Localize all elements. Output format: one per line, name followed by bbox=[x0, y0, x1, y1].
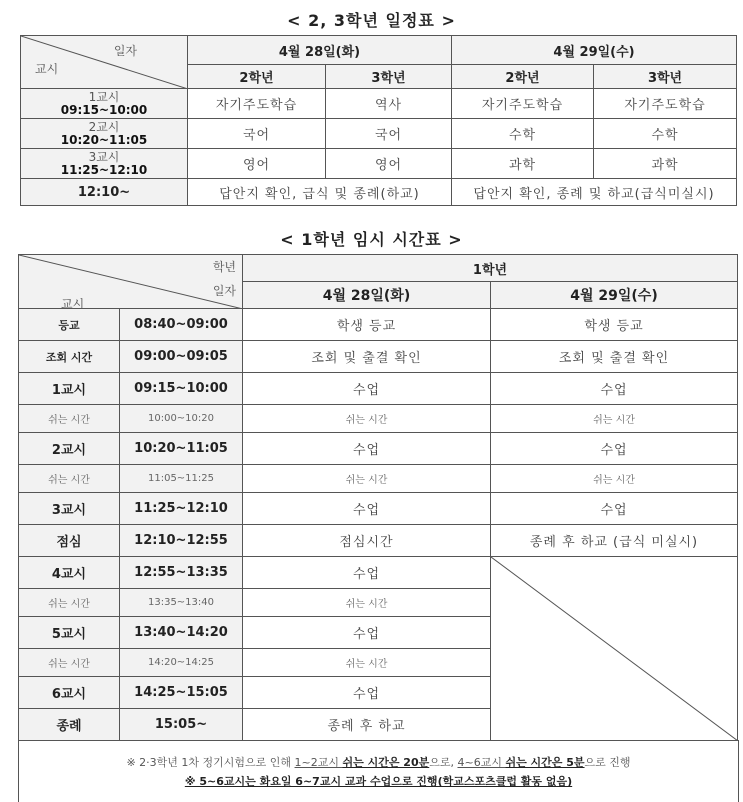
time-cell: 09:15~10:00 bbox=[120, 373, 243, 405]
table-row: 쉬는 시간10:00~10:20쉬는 시간쉬는 시간 bbox=[19, 405, 738, 433]
grade-header: 2학년 bbox=[452, 65, 594, 89]
period-label: 종례 bbox=[19, 709, 120, 741]
subject-cell: 자기주도학습 bbox=[188, 89, 326, 119]
time-cell: 14:25~15:05 bbox=[120, 677, 243, 709]
period-cell: 3교시11:25~12:10 bbox=[21, 149, 188, 179]
corner-header: 학년 일자 교시 bbox=[19, 255, 243, 309]
schedule-cell: 답안지 확인, 종례 및 하교(급식미실시) bbox=[452, 179, 737, 206]
table-row: 1교시09:15~10:00 자기주도학습 역사 자기주도학습 자기주도학습 bbox=[21, 89, 737, 119]
day1-cell: 수업 bbox=[243, 677, 491, 709]
day1-cell: 조회 및 출결 확인 bbox=[243, 341, 491, 373]
period-label: 3교시 bbox=[19, 493, 120, 525]
date-header: 4월 28일(화) bbox=[243, 282, 491, 309]
footnote-line1: ※ 2·3학년 1차 정기시험으로 인해 1~2교시 쉬는 시간은 20분으로,… bbox=[19, 754, 738, 770]
day1-cell: 수업 bbox=[243, 557, 491, 589]
schedule-cell: 답안지 확인, 급식 및 종례(하교) bbox=[188, 179, 452, 206]
time-cell: 10:00~10:20 bbox=[120, 405, 243, 433]
table-row: 3교시11:25~12:10 영어 영어 과학 과학 bbox=[21, 149, 737, 179]
date-header: 4월 28일(화) bbox=[188, 36, 452, 65]
subject-cell: 과학 bbox=[594, 149, 737, 179]
period-label: 5교시 bbox=[19, 617, 120, 649]
time-cell: 11:25~12:10 bbox=[120, 493, 243, 525]
subject-cell: 역사 bbox=[326, 89, 452, 119]
period-label: 4교시 bbox=[19, 557, 120, 589]
subject-cell: 영어 bbox=[326, 149, 452, 179]
table-row: 2교시10:20~11:05 국어 국어 수학 수학 bbox=[21, 119, 737, 149]
time-cell: 09:00~09:05 bbox=[120, 341, 243, 373]
subject-cell: 영어 bbox=[188, 149, 326, 179]
corner-label-date: 일자 bbox=[213, 282, 236, 299]
subject-cell: 수학 bbox=[452, 119, 594, 149]
time-cell: 12:10~12:55 bbox=[120, 525, 243, 557]
day2-cell: 수업 bbox=[491, 493, 738, 525]
subject-cell: 과학 bbox=[452, 149, 594, 179]
date-header: 4월 29일(수) bbox=[452, 36, 737, 65]
diagonal-line bbox=[491, 557, 738, 741]
subject-cell: 자기주도학습 bbox=[594, 89, 737, 119]
table1-title: < 2, 3학년 일정표 > bbox=[0, 8, 743, 31]
corner-label-period: 교시 bbox=[35, 60, 58, 77]
table-row: 1교시09:15~10:00수업수업 bbox=[19, 373, 738, 405]
table-row: 12:10~ 답안지 확인, 급식 및 종례(하교) 답안지 확인, 종례 및 … bbox=[21, 179, 737, 206]
day2-cell: 쉬는 시간 bbox=[491, 465, 738, 493]
day1-cell: 종례 후 하교 bbox=[243, 709, 491, 741]
day1-cell: 수업 bbox=[243, 493, 491, 525]
day1-cell: 수업 bbox=[243, 433, 491, 465]
empty-slash-cell bbox=[491, 557, 738, 741]
time-cell: 10:20~11:05 bbox=[120, 433, 243, 465]
period-label: 쉬는 시간 bbox=[19, 405, 120, 433]
subject-cell: 국어 bbox=[326, 119, 452, 149]
period-cell: 1교시09:15~10:00 bbox=[21, 89, 188, 119]
day2-cell: 학생 등교 bbox=[491, 309, 738, 341]
period-label: 쉬는 시간 bbox=[19, 465, 120, 493]
subject-cell: 국어 bbox=[188, 119, 326, 149]
corner-header: 일자 교시 bbox=[21, 36, 188, 89]
grade-header: 1학년 bbox=[243, 255, 738, 282]
corner-label-grade: 학년 bbox=[213, 258, 236, 275]
table-row: 점심12:10~12:55점심시간종례 후 하교 (급식 미실시) bbox=[19, 525, 738, 557]
day1-cell: 수업 bbox=[243, 373, 491, 405]
day2-cell: 종례 후 하교 (급식 미실시) bbox=[491, 525, 738, 557]
period-label: 6교시 bbox=[19, 677, 120, 709]
period-label: 조회 시간 bbox=[19, 341, 120, 373]
subject-cell: 자기주도학습 bbox=[452, 89, 594, 119]
grade-header: 2학년 bbox=[188, 65, 326, 89]
day2-cell: 수업 bbox=[491, 373, 738, 405]
time-cell: 14:20~14:25 bbox=[120, 649, 243, 677]
day2-cell: 수업 bbox=[491, 433, 738, 465]
date-header: 4월 29일(수) bbox=[491, 282, 738, 309]
period-label: 쉬는 시간 bbox=[19, 589, 120, 617]
time-cell: 12:55~13:35 bbox=[120, 557, 243, 589]
period-label: 쉬는 시간 bbox=[19, 649, 120, 677]
table-row: 쉬는 시간11:05~11:25쉬는 시간쉬는 시간 bbox=[19, 465, 738, 493]
time-cell: 08:40~09:00 bbox=[120, 309, 243, 341]
period-cell: 2교시10:20~11:05 bbox=[21, 119, 188, 149]
corner-label-date: 일자 bbox=[114, 42, 137, 59]
footnote: ※ 2·3학년 1차 정기시험으로 인해 1~2교시 쉬는 시간은 20분으로,… bbox=[18, 740, 739, 802]
table-row: 등교08:40~09:00학생 등교학생 등교 bbox=[19, 309, 738, 341]
time-cell: 12:10~ bbox=[21, 179, 188, 206]
day1-cell: 쉬는 시간 bbox=[243, 465, 491, 493]
grade2-3-schedule-table: 일자 교시 4월 28일(화) 4월 29일(수) 2학년 3학년 2학년 3학… bbox=[20, 35, 737, 206]
time-cell: 13:40~14:20 bbox=[120, 617, 243, 649]
table-row: 2교시10:20~11:05수업수업 bbox=[19, 433, 738, 465]
period-label: 점심 bbox=[19, 525, 120, 557]
footnote-line2: ※ 5~6교시는 화요일 6~7교시 교과 수업으로 진행(학교스포츠클럽 활동… bbox=[19, 773, 738, 789]
period-label: 2교시 bbox=[19, 433, 120, 465]
table-row: 4교시12:55~13:35수업 bbox=[19, 557, 738, 589]
table2-title: < 1학년 임시 시간표 > bbox=[0, 227, 743, 250]
corner-label-period: 교시 bbox=[61, 295, 84, 309]
subject-cell: 수학 bbox=[594, 119, 737, 149]
time-cell: 15:05~ bbox=[120, 709, 243, 741]
day2-cell: 조회 및 출결 확인 bbox=[491, 341, 738, 373]
grade-header: 3학년 bbox=[594, 65, 737, 89]
diagonal-line bbox=[19, 255, 243, 309]
day1-cell: 쉬는 시간 bbox=[243, 649, 491, 677]
day2-cell: 쉬는 시간 bbox=[491, 405, 738, 433]
grade1-timetable: 학년 일자 교시 1학년 4월 28일(화) 4월 29일(수) 등교08:40… bbox=[18, 254, 738, 741]
day1-cell: 점심시간 bbox=[243, 525, 491, 557]
day1-cell: 수업 bbox=[243, 617, 491, 649]
time-cell: 13:35~13:40 bbox=[120, 589, 243, 617]
day1-cell: 쉬는 시간 bbox=[243, 589, 491, 617]
table-row: 조회 시간09:00~09:05조회 및 출결 확인조회 및 출결 확인 bbox=[19, 341, 738, 373]
grade-header: 3학년 bbox=[326, 65, 452, 89]
period-label: 등교 bbox=[19, 309, 120, 341]
time-cell: 11:05~11:25 bbox=[120, 465, 243, 493]
day1-cell: 학생 등교 bbox=[243, 309, 491, 341]
day1-cell: 쉬는 시간 bbox=[243, 405, 491, 433]
table-row: 3교시11:25~12:10수업수업 bbox=[19, 493, 738, 525]
period-label: 1교시 bbox=[19, 373, 120, 405]
